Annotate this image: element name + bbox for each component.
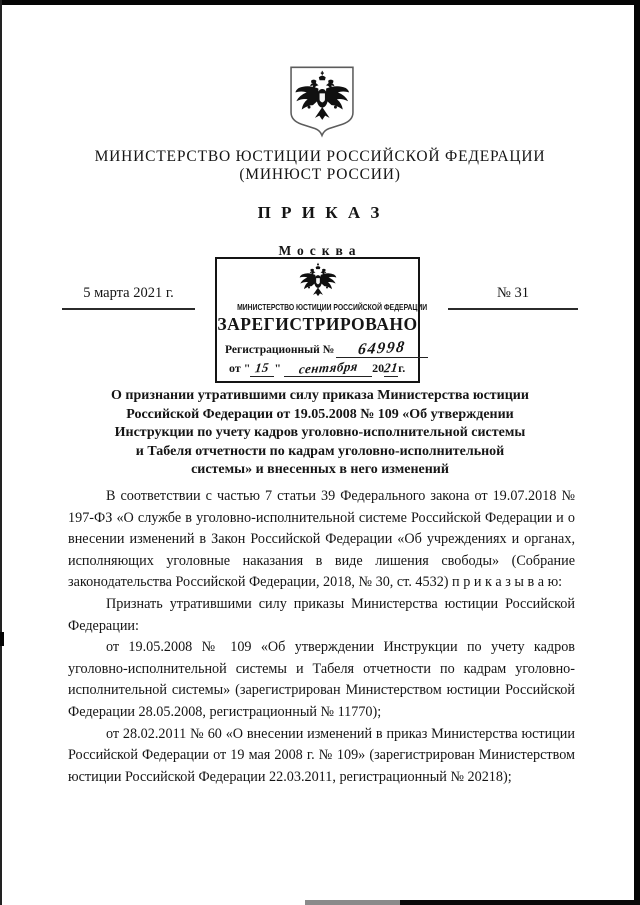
stamp-registered-label: ЗАРЕГИСТРИРОВАНО [217, 314, 418, 335]
order-paragraph-2: Признать утратившими силу приказы Минист… [68, 594, 575, 637]
scan-edge-right [634, 0, 640, 905]
order-paragraph-1: В соответствии с частью 7 статьи 39 Феде… [68, 486, 575, 594]
order-title-line: Инструкции по учету кадров уголовно-испо… [45, 424, 595, 443]
order-date-field: 5 марта 2021 г. [62, 285, 195, 310]
order-title-line: и Табеля отчетности по кадрам уголовно-и… [45, 443, 595, 462]
registration-stamp: МИНИСТЕРСТВО ЮСТИЦИИ РОССИЙСКОЙ ФЕДЕРАЦИ… [215, 257, 420, 383]
coat-of-arms-icon [284, 63, 360, 141]
date-month-value: сентября [298, 359, 359, 375]
order-paragraph-3: от 19.05.2008 № 109 «Об утверждении Инст… [68, 637, 575, 723]
order-title-line: О признании утратившими силу приказа Мин… [45, 387, 595, 406]
date-year-unit: г. [398, 361, 405, 375]
order-title-line: Российской Федерации от 19.05.2008 № 109… [45, 406, 595, 425]
scan-artifact [0, 632, 4, 646]
document-type-title: П Р И К А З [0, 203, 640, 223]
date-month-line: сентября [284, 361, 372, 377]
date-year-line: 21 [384, 361, 398, 377]
stamp-registration-number-row: Регистрационный №64998 [225, 341, 412, 358]
stamp-ministry-label: МИНИСТЕРСТВО ЮСТИЦИИ РОССИЙСКОЙ ФЕДЕРАЦИ… [237, 302, 398, 312]
order-title-line: системы» и внесенных в него изменений [45, 461, 595, 480]
quote-mark: " [274, 361, 281, 375]
ministry-short-name: (МИНЮСТ РОССИИ) [30, 166, 610, 184]
stamp-eagle-icon [298, 260, 338, 300]
document-page: МИНИСТЕРСТВО ЮСТИЦИИ РОССИЙСКОЙ ФЕДЕРАЦИ… [0, 0, 640, 905]
order-paragraph-4: от 28.02.2011 № 60 «О внесении изменений… [68, 724, 575, 789]
stamp-registration-date-row: от "15" сентября2021г. [229, 361, 412, 377]
scan-edge-bottom [400, 900, 640, 905]
ministry-name: МИНИСТЕРСТВО ЮСТИЦИИ РОССИЙСКОЙ ФЕДЕРАЦИ… [30, 148, 610, 166]
order-number-field: № 31 [448, 285, 578, 310]
ministry-heading: МИНИСТЕРСТВО ЮСТИЦИИ РОССИЙСКОЙ ФЕДЕРАЦИ… [30, 148, 610, 184]
scan-edge-left [0, 0, 2, 905]
registration-number-value: 64998 [357, 340, 406, 359]
date-day-value: 15 [255, 361, 271, 375]
date-year-value: 21 [383, 361, 399, 375]
order-body: В соответствии с частью 7 статьи 39 Феде… [68, 486, 575, 788]
registration-number-label: Регистрационный № [225, 344, 334, 356]
quote-mark: " [244, 361, 251, 375]
city-label: Москва [0, 243, 640, 259]
registration-number-line: 64998 [336, 341, 428, 358]
scan-edge-bottom [305, 900, 405, 905]
order-title: О признании утратившими силу приказа Мин… [45, 387, 595, 480]
date-day-line: 15 [250, 361, 274, 377]
date-from-label: от [229, 361, 241, 375]
scan-edge-top [0, 0, 640, 5]
